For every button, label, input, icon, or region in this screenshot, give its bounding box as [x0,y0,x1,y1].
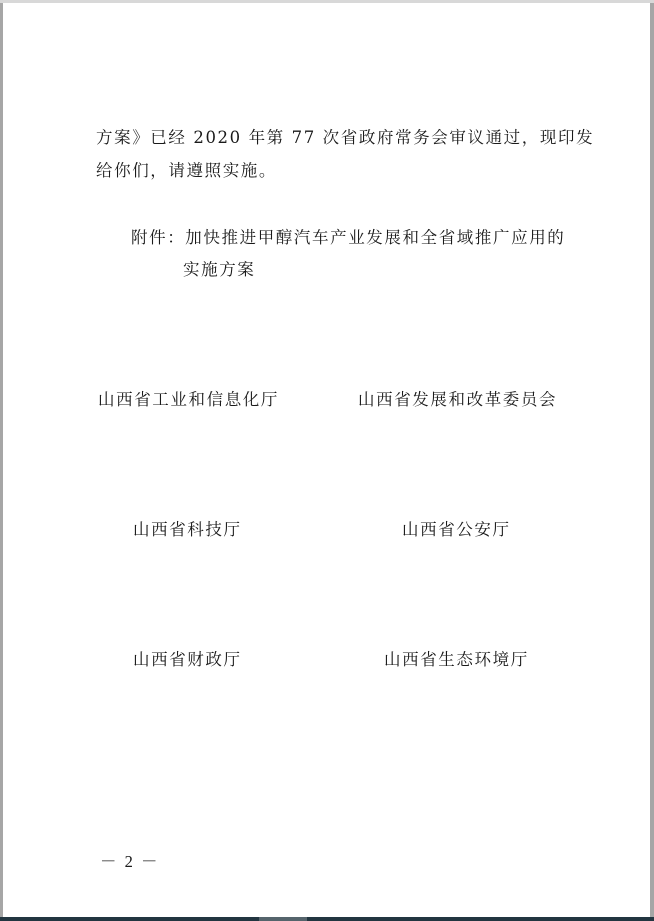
document-page: 方案》已经 2020 年第 77 次省政府常务会审议通过，现印发 给你们，请遵照… [3,3,650,917]
signatory-public-security-dept: 山西省公安厅 [402,520,511,540]
body-paragraph-line-1: 方案》已经 2020 年第 77 次省政府常务会审议通过，现印发 [96,128,594,148]
signatory-finance-dept: 山西省财政厅 [133,650,242,670]
horizontal-scrollbar[interactable] [0,917,654,921]
attachment-line-2: 实施方案 [183,260,255,280]
signatory-ecology-environment-dept: 山西省生态环境厅 [384,650,529,670]
attachment-line-1: 附件：加快推进甲醇汽车产业发展和全省域推广应用的 [131,228,565,248]
signatory-industry-it-dept: 山西省工业和信息化厅 [98,390,279,410]
body-paragraph-line-2: 给你们，请遵照实施。 [96,161,277,181]
signatory-science-tech-dept: 山西省科技厅 [133,520,242,540]
page-number: － 2 － [100,852,160,872]
page-right-edge [650,3,654,917]
signatory-development-reform-commission: 山西省发展和改革委员会 [358,390,557,410]
document-viewer: 方案》已经 2020 年第 77 次省政府常务会审议通过，现印发 给你们，请遵照… [0,0,654,921]
scrollbar-thumb[interactable] [259,917,307,921]
